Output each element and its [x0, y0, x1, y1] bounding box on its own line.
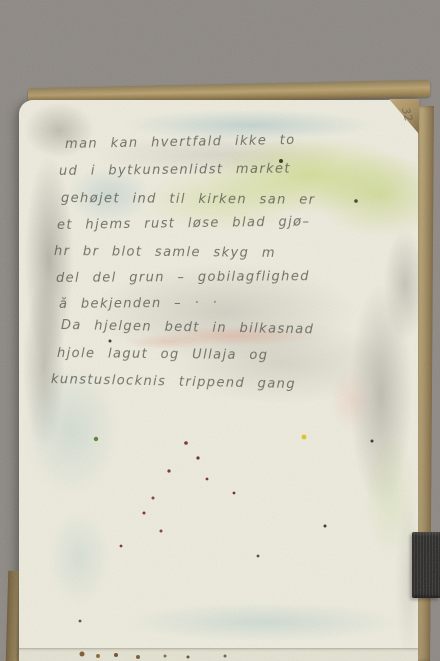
- handwriting-line: man kan hvertfald ikke to: [65, 133, 296, 152]
- handwriting-line: hr br blot samle skyg m: [54, 244, 276, 261]
- notebook-photo: 32 man kan hvertfald ikke to ud i bytkun…: [0, 0, 440, 661]
- notebook-page: 32 man kan hvertfald ikke to ud i bytkun…: [19, 100, 418, 661]
- handwriting-line: kunstuslocknis trippend gang: [51, 372, 296, 392]
- fold-dirt-specks: [19, 651, 21, 653]
- under-page-edge: [19, 648, 418, 661]
- pigment-specks: [19, 100, 21, 102]
- handwriting-line: ud i bytkunsenlidst market: [59, 162, 291, 179]
- handwriting-line: å bekjenden – · ·: [59, 296, 218, 312]
- handwriting-line: et hjems rust løse blad gjø–: [57, 214, 311, 233]
- handwriting-line: Da hjelgen bedt in bilkasnad: [61, 318, 315, 337]
- elastic-band: [412, 532, 440, 598]
- handwriting-line: gehøjet ind til kirken san er: [61, 191, 316, 208]
- handwriting-line: hjole lagut og Ullaja og: [57, 346, 269, 363]
- handwriting-line: del del grun – gobilagflighed: [56, 269, 310, 286]
